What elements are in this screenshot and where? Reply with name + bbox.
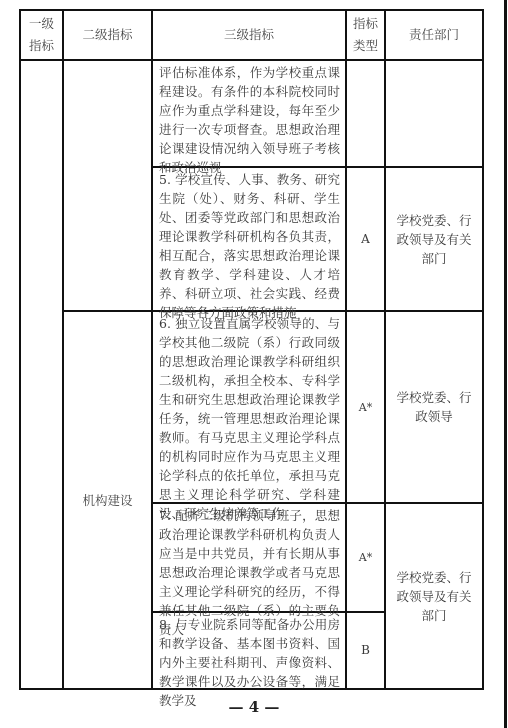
group-level2-cell: [64, 61, 151, 310]
group-level2-cell: 机构建设: [64, 312, 151, 688]
header-level1: 一级指标: [21, 11, 62, 59]
header-type: 指标类型: [347, 11, 384, 59]
level3-cell: 8. 与专业院系同等配备办公用房和教学设备、基本图书资料、国内外主要社科期刊、声…: [153, 613, 345, 688]
header-level1-line1: 一级: [29, 16, 54, 31]
type-cell: A*: [347, 312, 384, 502]
type-cell: B: [347, 613, 384, 688]
level3-cell: 5. 学校宣传、人事、教务、研究生院（处）、财务、科研、学生处、团委等党政部门和…: [153, 168, 345, 310]
dept-cell: [386, 61, 482, 166]
type-cell: [347, 61, 384, 166]
header-level2: 二级指标: [64, 11, 151, 59]
level3-cell: 6. 独立设置直属学校领导的、与学校其他二级院（系）行政同级的思想政治理论课教学…: [153, 312, 345, 502]
dept-cell: 学校党委、行政领导: [386, 312, 482, 502]
type-cell: A*: [347, 504, 384, 611]
type-cell: A: [347, 168, 384, 310]
dept-cell: 学校党委、行政领导及有关部门: [386, 168, 482, 310]
header-type-line1: 指标: [353, 16, 378, 31]
header-dept: 责任部门: [386, 11, 482, 59]
indicator-table: 一级指标 二级指标 三级指标 指标类型 责任部门 机构建设 评估标准体系，作为学…: [19, 9, 484, 690]
header-level3: 三级指标: [153, 11, 345, 59]
dept-cell: 学校党委、行政领导及有关部门: [386, 504, 482, 688]
level3-cell: 评估标准体系，作为学校重点课程建设。有条件的本科院校同时应作为重点学科建设，每年…: [153, 61, 345, 166]
level3-cell: 7. 配齐二级机构领导班子，思想政治理论课教学科研机构负责人应当是中共党员，并有…: [153, 504, 345, 611]
page-edge-line: [504, 0, 507, 728]
header-type-line2: 类型: [353, 38, 378, 53]
page-number: — 4 —: [0, 698, 508, 716]
header-level1-line2: 指标: [29, 38, 54, 53]
